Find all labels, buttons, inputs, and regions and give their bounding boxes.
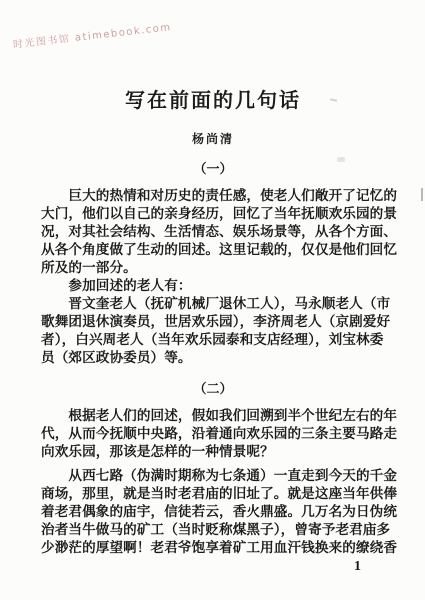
text-line: 歌舞团退休演奏员，世居欢乐园），李济周老人（京剧爱好 [41,313,385,331]
paragraph: 巨大的热情和对历史的责任感，使老人们敞开了记忆的大门，他们以自己的亲身经历，回忆… [41,187,385,277]
section: （一） 巨大的热情和对历史的责任感，使老人们敞开了记忆的大门，他们以自己的亲身经… [41,160,385,367]
text-line: 治者当牛做马的矿工（当时贬称煤黑子），曾寄予老君庙多 [41,521,385,539]
paragraph: 晋文奎老人（抚矿机械厂退休工人），马永顺老人（市歌舞团退休演奏员，世居欢乐园），… [41,295,385,367]
text-line: 大门，他们以自己的亲身经历，回忆了当年抚顺欢乐园的景 [41,205,385,223]
watermark: 时光图书馆 atimebook.com [12,18,172,51]
paragraph: 从西七路（伪满时期称为七条通）一直走到今天的千金商场，那里，就是当时老君庙的旧址… [41,467,385,557]
text-line: 从各个角度做了生动的回述。这里记载的，仅仅是他们回忆 [41,241,385,259]
section-marker: （一） [41,160,385,178]
page-content: 写在前面的几句话 杨尚清 （一） 巨大的热情和对历史的责任感，使老人们敞开了记忆… [41,84,385,557]
text-line: 晋文奎老人（抚矿机械厂退休工人），马永顺老人（市 [41,295,385,313]
author-name: 杨尚清 [41,130,385,147]
section: （二） 根据老人们的回述，假如我们回溯到半个世纪左右的年代，从而今抚顺中央路，沿… [41,380,385,557]
page-number: 1 [354,559,361,575]
text-line: 者），白兴周老人（当年欢乐园泰和支店经理），刘宝林委 [41,331,385,349]
text-line: 向欢乐园，那该是怎样的一种情景呢？ [41,443,385,461]
text-line: 代，从而今抚顺中央路，沿着通向欢乐园的三条主要马路走 [41,425,385,443]
text-line: 根据老人们的回述，假如我们回溯到半个世纪左右的年 [41,407,385,425]
scan-artifact [421,188,423,201]
section-marker: （二） [41,380,385,398]
book-page: 时光图书馆 atimebook.com 写在前面的几句话 杨尚清 （一） 巨大的… [0,0,425,600]
paragraph: 根据老人们的回述，假如我们回溯到半个世纪左右的年代，从而今抚顺中央路，沿着通向欢… [41,407,385,461]
text-line: 商场，那里，就是当时老君庙的旧址了。就是这座当年供俸 [41,485,385,503]
body-text: （一） 巨大的热情和对历史的责任感，使老人们敞开了记忆的大门，他们以自己的亲身经… [41,160,385,557]
paragraph: 参加回述的老人有： [41,277,385,295]
text-line: 参加回述的老人有： [41,277,385,295]
text-line: 所及的一部分。 [41,259,385,277]
text-line: 况，对其社会结构、生活情态、娱乐场景等，从各个方面、 [41,223,385,241]
text-line: 着老君偶象的庙宇，信徒若云，香火鼎盛。几万名为日伪统 [41,503,385,521]
text-line: 员（郊区政协委员）等。 [41,349,385,367]
page-title: 写在前面的几句话 [41,84,385,113]
text-line: 从西七路（伪满时期称为七条通）一直走到今天的千金 [41,467,385,485]
text-line: 巨大的热情和对历史的责任感，使老人们敞开了记忆的 [41,187,385,205]
text-line: 少渺茫的厚望啊！老君爷饱享着矿工用血汗钱换来的缭绕香 [41,539,385,557]
